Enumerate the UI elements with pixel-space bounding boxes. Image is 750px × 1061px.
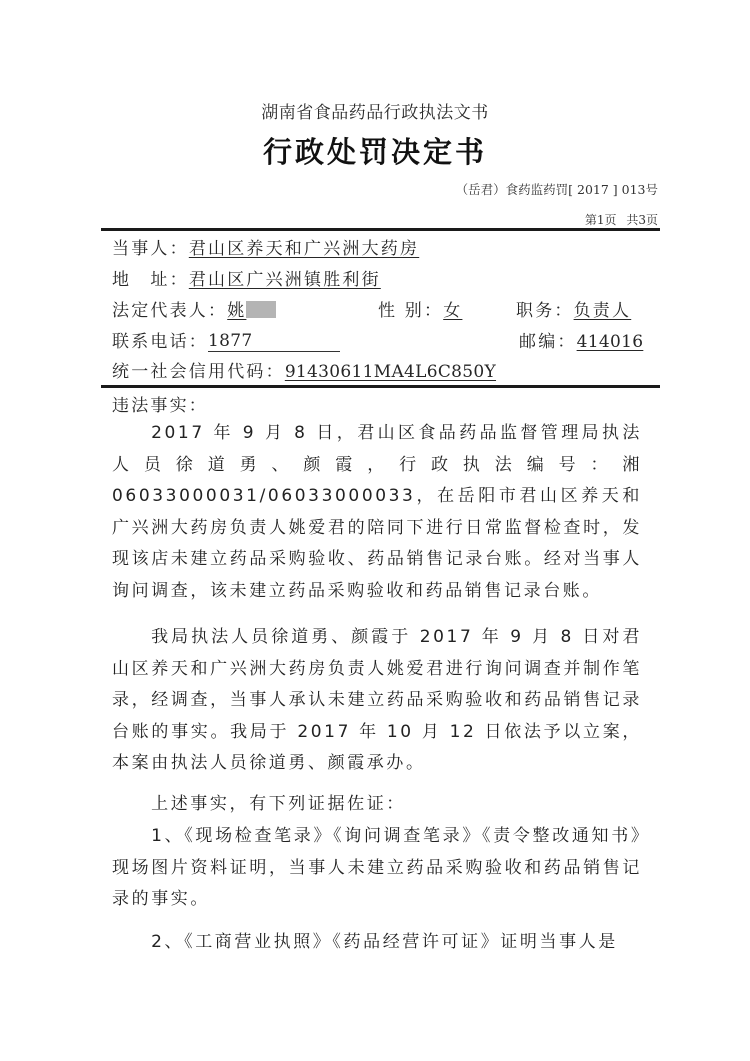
legal-rep-label: 法定代表人： xyxy=(112,301,227,321)
legal-rep-visible-char: 姚 xyxy=(227,301,246,321)
address-value: 君山区广兴洲镇胜利街 xyxy=(189,270,381,290)
gender-field: 性 别：女 xyxy=(378,296,462,321)
evidence-intro: 上述事实，有下列证据佐证： xyxy=(112,789,642,821)
phone-value: 1877 xyxy=(208,331,340,352)
credit-code-label: 统一社会信用代码： xyxy=(112,362,285,382)
postcode-label: 邮编： xyxy=(519,332,577,352)
facts-paragraph-1: 2017 年 9 月 8 日，君山区食品药品监督管理局执法人员徐道勇、颜霞，行政… xyxy=(112,418,642,607)
document-page: 湖南省食品药品行政执法文书 行政处罚决定书 （岳君）食药监药罚[ 2017 ] … xyxy=(0,0,750,1061)
legal-rep-value: 姚 xyxy=(227,301,282,321)
phone-label: 联系电话： xyxy=(112,332,208,352)
facts-paragraph-2: 我局执法人员徐道勇、颜霞于 2017 年 9 月 8 日对君山区养天和广兴洲大药… xyxy=(112,622,642,780)
document-title: 行政处罚决定书 xyxy=(0,130,750,171)
position-field: 职务：负责人 xyxy=(516,296,631,321)
address-label: 地 址： xyxy=(112,270,189,290)
evidence-item-2: 2、《工商营业执照》《药品经营许可证》证明当事人是 xyxy=(112,927,642,959)
legal-rep-row: 法定代表人：姚 xyxy=(112,296,282,321)
party-name-value: 君山区养天和广兴洲大药房 xyxy=(189,239,419,259)
document-number: （岳君）食药监药罚[ 2017 ] 013号 xyxy=(456,180,658,198)
phone-visible-digits: 1877 xyxy=(208,331,252,351)
page-indicator: 第1页 共3页 xyxy=(585,211,658,228)
party-name-label: 当事人： xyxy=(112,239,189,259)
phone-row: 联系电话：1877 xyxy=(112,327,340,352)
postcode-field: 邮编：414016 xyxy=(519,327,643,352)
credit-code-row: 统一社会信用代码：91430611MA4L6C850Y xyxy=(112,357,496,382)
gender-value: 女 xyxy=(443,301,462,321)
address-row: 地 址：君山区广兴洲镇胜利街 xyxy=(112,265,381,290)
postcode-value: 414016 xyxy=(577,332,644,352)
section-divider xyxy=(101,385,660,388)
issuing-authority-title: 湖南省食品药品行政执法文书 xyxy=(0,98,750,123)
party-name-row: 当事人：君山区养天和广兴洲大药房 xyxy=(112,234,419,259)
header-divider xyxy=(101,228,660,231)
evidence-item-1: 1、《现场检查笔录》《询问调查笔录》《责令整改通知书》现场图片资料证明，当事人未… xyxy=(112,821,642,916)
redaction-block xyxy=(246,301,276,318)
position-label: 职务： xyxy=(516,301,574,321)
violation-facts-heading: 违法事实： xyxy=(112,391,208,416)
credit-code-value: 91430611MA4L6C850Y xyxy=(285,362,496,382)
position-value: 负责人 xyxy=(574,301,632,321)
gender-label: 性 别： xyxy=(378,301,443,321)
